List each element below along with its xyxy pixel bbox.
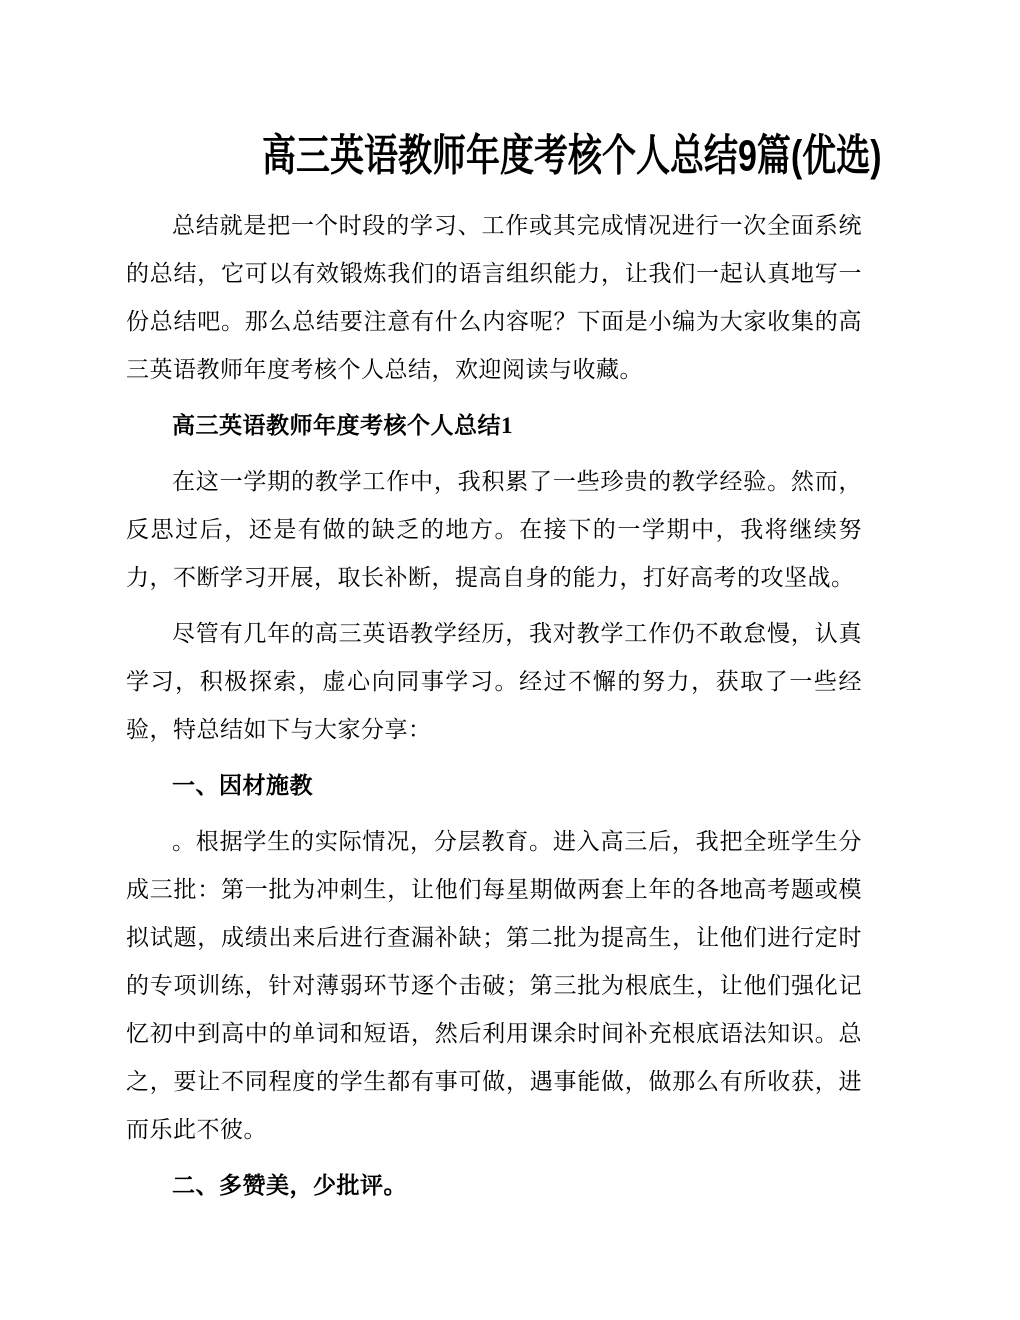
paragraph-intro-summary: 总结就是把一个时段的学习、工作或其完成情况进行一次全面系统的总结，它可以有效锻炼… [126, 202, 862, 394]
paragraph-layered-teaching-detail: 。根据学生的实际情况，分层教育。进入高三后，我把全班学生分成三批：第一批为冲刺生… [126, 818, 862, 1154]
document-title-text: 高三英语教师年度考核个人总结9篇(优选) [194, 118, 882, 195]
document-page: 高三英语教师年度考核个人总结9篇(优选) 总结就是把一个时段的学习、工作或其完成… [0, 0, 1020, 1320]
section-heading-praise-more-criticize-less: 二、多赞美，少批评。 [126, 1162, 862, 1210]
paragraph-semester-reflection: 在这一学期的教学工作中，我积累了一些珍贵的教学经验。然而，反思过后，还是有做的缺… [126, 458, 862, 602]
document-title: 高三英语教师年度考核个人总结9篇(优选) [126, 128, 862, 188]
paragraph-teaching-experience-intro: 尽管有几年的高三英语教学经历，我对教学工作仍不敢怠慢，认真学习，积极探索，虚心向… [126, 610, 862, 754]
section-heading-personal-summary-1: 高三英语教师年度考核个人总结1 [126, 402, 862, 450]
section-heading-teach-by-aptitude: 一、因材施教 [126, 762, 862, 810]
